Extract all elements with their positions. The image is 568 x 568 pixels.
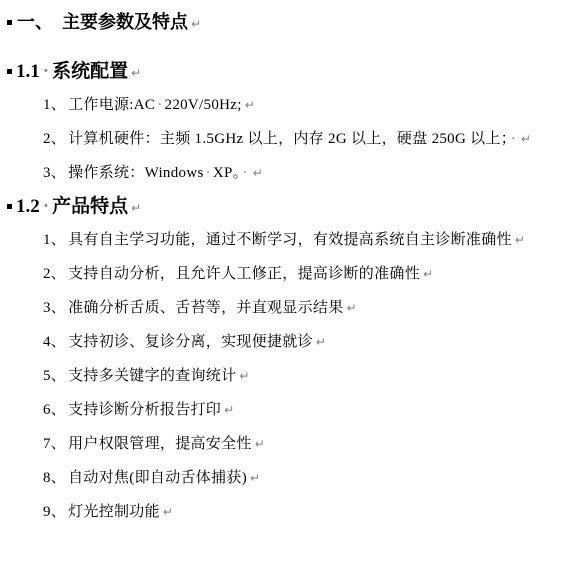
- heading-sub-title: 系统配置: [52, 61, 128, 82]
- list-item: 3、操作系统：Windows·XP。·↵: [0, 164, 568, 182]
- list-item: 9、灯光控制功能↵: [0, 503, 568, 521]
- space-mark-icon: ·: [204, 165, 213, 181]
- item-number: 7、: [43, 436, 66, 452]
- item-number: 4、: [43, 334, 66, 350]
- list-item: 4、支持初诊、复诊分离，实现便捷就诊↵: [0, 333, 568, 351]
- paragraph-mark-icon: ↵: [239, 369, 249, 383]
- heading-sub: 1.1·系统配置↵: [7, 61, 568, 84]
- heading-main-title: 主要参数及特点: [62, 12, 188, 32]
- item-number: 6、: [43, 402, 66, 418]
- item-text: 具有自主学习功能，通过不断学习，有效提高系统自主诊断准确性: [68, 232, 512, 248]
- paragraph-mark-icon: ↵: [131, 66, 141, 80]
- item-text: 工作电源:AC: [68, 97, 155, 113]
- item-number: 2、: [43, 131, 66, 147]
- list-item: 6、支持诊断分析报告打印↵: [0, 401, 568, 419]
- section-1.1: 1.1·系统配置↵1、工作电源:AC·220V/50Hz;↵2、计算机硬件：主频…: [0, 61, 568, 182]
- item-text: XP。: [213, 165, 241, 181]
- item-text: 自动对焦(即自动舌体捕获): [68, 470, 247, 486]
- paragraph-mark-icon: ↵: [224, 403, 234, 417]
- item-text: 支持自动分析，且允许人工修正，提高诊断的准确性: [68, 266, 420, 282]
- heading-sub-title: 产品特点: [52, 196, 128, 217]
- list-item: 1、具有自主学习功能，通过不断学习，有效提高系统自主诊断准确性↵: [0, 231, 568, 249]
- space-mark-icon: ·: [40, 196, 52, 217]
- paragraph-mark-icon: ↵: [131, 201, 141, 215]
- heading-main: 一、主要参数及特点↵: [7, 11, 568, 35]
- paragraph-mark-icon: ↵: [255, 437, 265, 451]
- sections-container: 1.1·系统配置↵1、工作电源:AC·220V/50Hz;↵2、计算机硬件：主频…: [0, 61, 568, 521]
- item-text: 用户权限管理，提高安全性: [68, 436, 252, 452]
- item-number: 2、: [43, 266, 66, 282]
- space-mark-icon: ·: [155, 97, 164, 113]
- outline-square-icon: [7, 204, 12, 209]
- item-number: 5、: [43, 368, 66, 384]
- paragraph-mark-icon: ↵: [191, 17, 201, 31]
- item-number: 1、: [43, 97, 66, 113]
- item-text: 支持多关键字的查询统计: [68, 368, 236, 384]
- heading-sub: 1.2·产品特点↵: [7, 196, 568, 219]
- heading-sub-number: 1.1: [16, 61, 40, 82]
- list-item: 1、工作电源:AC·220V/50Hz;↵: [0, 96, 568, 114]
- item-text: 计算机硬件：主频 1.5GHz 以上，内存 2G 以上，硬盘 250G 以上；: [68, 131, 508, 147]
- list-item: 7、用户权限管理，提高安全性↵: [0, 435, 568, 453]
- list-item: 3、准确分析舌质、舌苔等，并直观显示结果↵: [0, 299, 568, 317]
- item-text: 灯光控制功能: [68, 504, 160, 520]
- paragraph-mark-icon: ↵: [250, 471, 260, 485]
- paragraph-mark-icon: ↵: [316, 335, 326, 349]
- item-number: 3、: [43, 165, 66, 181]
- section-1.2: 1.2·产品特点↵1、具有自主学习功能，通过不断学习，有效提高系统自主诊断准确性…: [0, 196, 568, 521]
- paragraph-mark-icon: ↵: [253, 166, 263, 180]
- heading-main-number: 一、: [17, 12, 53, 32]
- list-item: 8、自动对焦(即自动舌体捕获)↵: [0, 469, 568, 487]
- list-item: 2、计算机硬件：主频 1.5GHz 以上，内存 2G 以上，硬盘 250G 以上…: [0, 130, 568, 148]
- item-text: 支持诊断分析报告打印: [68, 402, 221, 418]
- paragraph-mark-icon: ↵: [163, 505, 173, 519]
- item-text: 准确分析舌质、舌苔等，并直观显示结果: [68, 300, 343, 316]
- item-text: 操作系统：Windows: [68, 165, 204, 181]
- section-items: 1、工作电源:AC·220V/50Hz;↵2、计算机硬件：主频 1.5GHz 以…: [0, 96, 568, 182]
- space-mark-icon: ·: [240, 165, 249, 181]
- space-mark-icon: ·: [40, 61, 52, 82]
- space-mark-icon: ·: [509, 131, 518, 147]
- outline-square-icon: [7, 20, 12, 25]
- item-number: 3、: [43, 300, 66, 316]
- paragraph-mark-icon: ↵: [515, 233, 525, 247]
- heading-sub-number: 1.2: [16, 196, 40, 217]
- paragraph-mark-icon: ↵: [245, 98, 255, 112]
- item-number: 8、: [43, 470, 66, 486]
- paragraph-mark-icon: ↵: [423, 267, 433, 281]
- item-number: 9、: [43, 504, 66, 520]
- item-text: 220V/50Hz;: [165, 97, 242, 113]
- item-number: 1、: [43, 232, 66, 248]
- item-text: 支持初诊、复诊分离，实现便捷就诊: [68, 334, 313, 350]
- document-page: 一、主要参数及特点↵ 1.1·系统配置↵1、工作电源:AC·220V/50Hz;…: [0, 0, 568, 568]
- list-item: 2、支持自动分析，且允许人工修正，提高诊断的准确性↵: [0, 265, 568, 283]
- paragraph-mark-icon: ↵: [347, 301, 357, 315]
- outline-square-icon: [7, 69, 12, 74]
- section-items: 1、具有自主学习功能，通过不断学习，有效提高系统自主诊断准确性↵2、支持自动分析…: [0, 231, 568, 521]
- paragraph-mark-icon: ↵: [521, 132, 531, 146]
- list-item: 5、支持多关键字的查询统计↵: [0, 367, 568, 385]
